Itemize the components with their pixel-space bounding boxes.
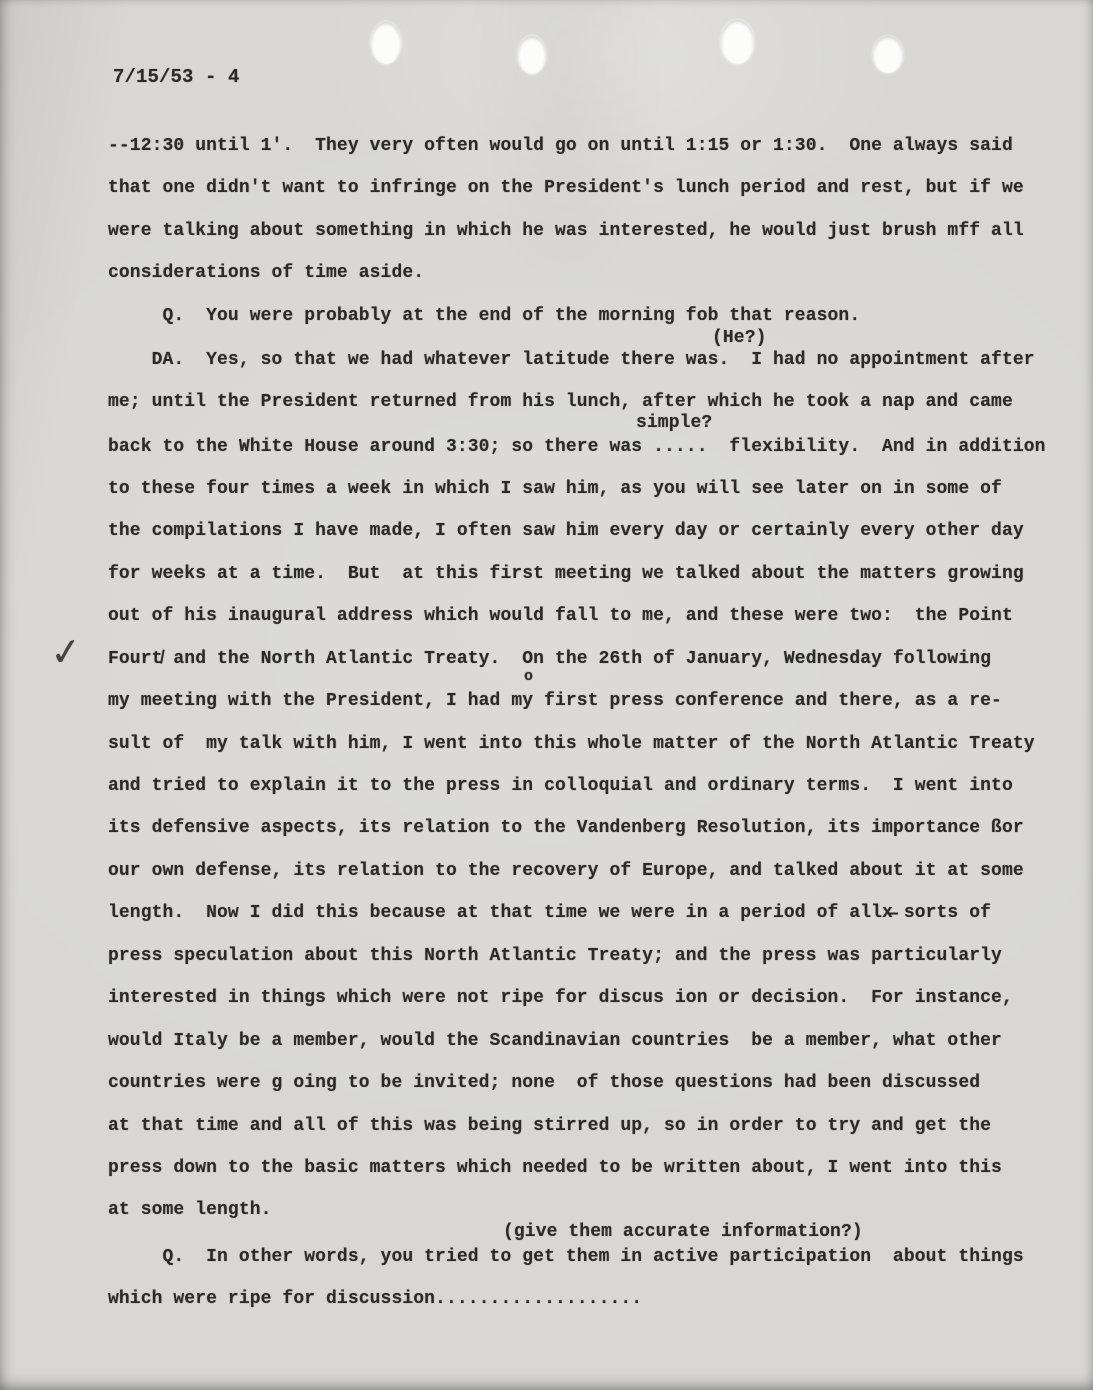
punch-hole bbox=[721, 20, 754, 64]
typed-line: and tried to explain it to the press in … bbox=[108, 776, 1013, 796]
typed-line: our own defense, its relation to the rec… bbox=[108, 861, 1024, 881]
typed-line: sult of my talk with him, I went into th… bbox=[108, 734, 1035, 754]
typed-line: out of his inaugural address which would… bbox=[108, 606, 1013, 626]
typed-line: press down to the basic matters which ne… bbox=[108, 1158, 1002, 1178]
typed-line: back to the White House around 3:30; so … bbox=[108, 437, 1046, 457]
typed-line: me; until the President returned from hi… bbox=[108, 392, 1013, 412]
typed-line: would Italy be a member, would the Scand… bbox=[108, 1031, 1002, 1051]
typed-line-question: Q. You were probably at the end of the m… bbox=[108, 306, 860, 326]
interlinear-annotation-give-them: (give them accurate information?) bbox=[503, 1222, 863, 1242]
typed-line: its defensive aspects, its relation to t… bbox=[108, 818, 1024, 838]
checkmark-annotation: ✓ bbox=[48, 628, 84, 675]
correction-mark-o: o bbox=[524, 668, 533, 685]
typed-line: Fourt̸ and the North Atlantic Treaty. On… bbox=[108, 649, 991, 669]
typed-line: the compilations I have made, I often sa… bbox=[108, 521, 1024, 541]
scanned-document-page: 7/15/53 - 4 ✓ --12:30 until 1'. They ver… bbox=[0, 0, 1093, 1390]
interlinear-annotation-he: (He?) bbox=[712, 328, 767, 348]
typed-line: length. Now I did this because at that t… bbox=[108, 903, 991, 923]
interlinear-annotation-simple: simple? bbox=[636, 413, 712, 433]
page-header-date: 7/15/53 - 4 bbox=[113, 66, 240, 88]
typed-line: interested in things which were not ripe… bbox=[108, 988, 1013, 1008]
typed-line: which were ripe for discussion..........… bbox=[108, 1289, 642, 1309]
typed-line: countries were g oing to be invited; non… bbox=[108, 1073, 980, 1093]
typed-line: to these four times a week in which I sa… bbox=[108, 479, 1002, 499]
typed-line: --12:30 until 1'. They very often would … bbox=[108, 136, 1013, 156]
typed-line: for weeks at a time. But at this first m… bbox=[108, 564, 1024, 584]
typed-line: press speculation about this North Atlan… bbox=[108, 946, 1002, 966]
typed-line-answer: DA. Yes, so that we had whatever latitud… bbox=[108, 350, 1035, 370]
typed-line: considerations of time aside. bbox=[108, 263, 424, 283]
punch-hole bbox=[371, 22, 401, 64]
typed-line: at some length. bbox=[108, 1200, 272, 1220]
typed-line: were talking about something in which he… bbox=[108, 221, 1024, 241]
typed-line: my meeting with the President, I had my … bbox=[108, 691, 1002, 711]
typed-line-question: Q. In other words, you tried to get them… bbox=[108, 1247, 1024, 1267]
typed-line: at that time and all of this was being s… bbox=[108, 1116, 991, 1136]
punch-hole bbox=[873, 36, 903, 73]
typed-line: that one didn't want to infringe on the … bbox=[108, 178, 1024, 198]
punch-hole bbox=[518, 36, 546, 74]
